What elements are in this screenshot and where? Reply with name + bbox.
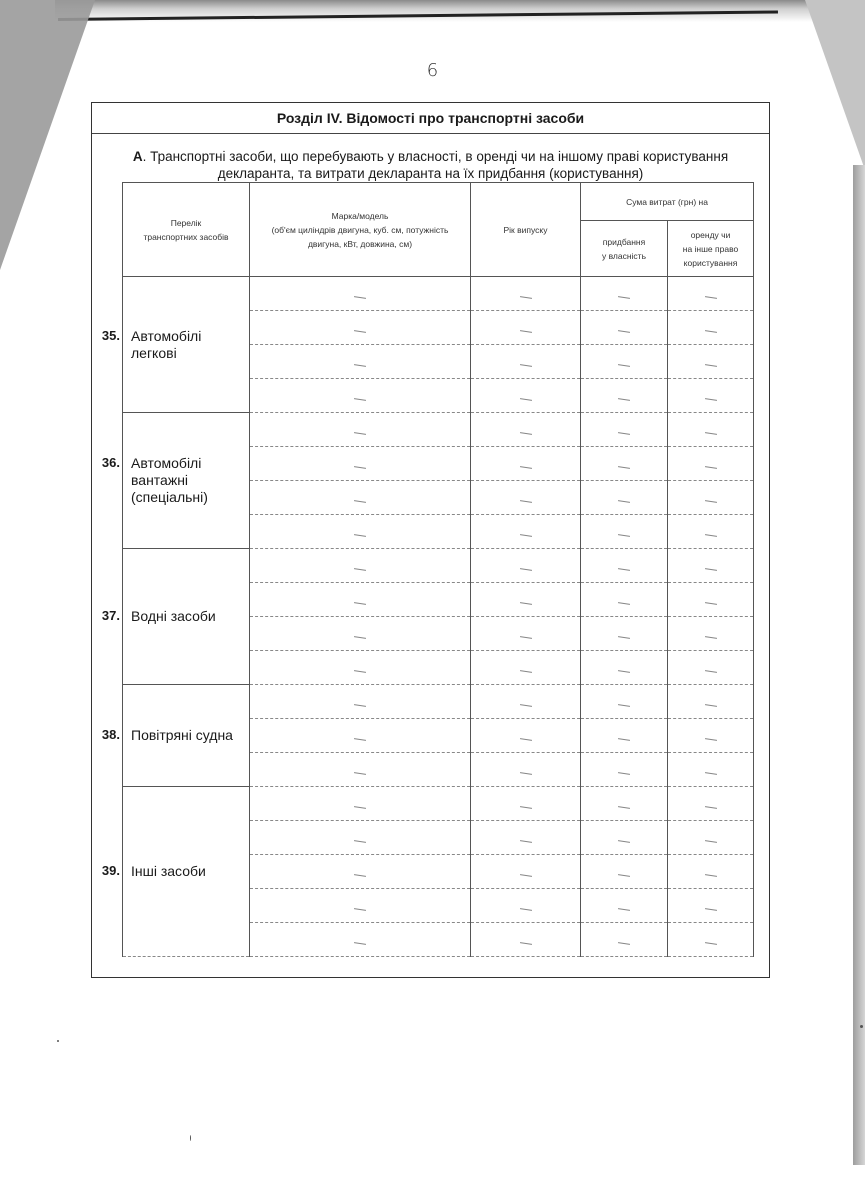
year-cell <box>471 855 581 889</box>
year-cell <box>471 651 581 685</box>
dash-mark <box>519 398 531 401</box>
rent-cell <box>668 889 754 923</box>
rent-cell <box>668 481 754 515</box>
dash-mark <box>519 806 531 809</box>
dash-mark <box>618 670 630 673</box>
dash-mark <box>704 908 716 911</box>
dash-mark <box>354 500 366 503</box>
rent-cell <box>668 447 754 481</box>
dash-mark <box>354 398 366 401</box>
dash-mark <box>618 908 630 911</box>
dash-mark <box>519 942 531 945</box>
header-expenses: Сума витрат (грн) на <box>581 183 754 221</box>
year-cell <box>471 617 581 651</box>
dash-mark <box>519 772 531 775</box>
dash-mark <box>618 330 630 333</box>
model-cell <box>250 685 471 719</box>
purchase-cell <box>581 651 668 685</box>
purchase-cell <box>581 923 668 957</box>
year-cell <box>471 923 581 957</box>
table-row: 38.Повітряні судна <box>123 685 754 719</box>
model-cell <box>250 923 471 957</box>
category-cell: 38.Повітряні судна <box>123 685 250 787</box>
dash-mark <box>704 296 716 299</box>
dash-mark <box>519 636 531 639</box>
dash-mark <box>519 364 531 367</box>
model-cell <box>250 583 471 617</box>
rent-cell <box>668 685 754 719</box>
table-row: 37.Водні засоби <box>123 549 754 583</box>
purchase-cell <box>581 583 668 617</box>
category-number: 37. <box>90 608 120 623</box>
dash-mark <box>704 840 716 843</box>
model-cell <box>250 651 471 685</box>
category-cell: 39.Інші засоби <box>123 787 250 957</box>
year-cell <box>471 685 581 719</box>
dash-mark <box>354 670 366 673</box>
model-cell <box>250 549 471 583</box>
dash-mark <box>519 534 531 537</box>
year-cell <box>471 447 581 481</box>
rent-cell <box>668 651 754 685</box>
dash-mark <box>519 840 531 843</box>
dash-mark <box>618 772 630 775</box>
dash-mark <box>354 942 366 945</box>
dash-mark <box>704 806 716 809</box>
rent-cell <box>668 753 754 787</box>
rent-cell <box>668 855 754 889</box>
year-cell <box>471 345 581 379</box>
header-purchase: придбання у власність <box>581 221 668 277</box>
dash-mark <box>354 330 366 333</box>
dash-mark <box>618 704 630 707</box>
model-cell <box>250 481 471 515</box>
dash-mark <box>618 432 630 435</box>
scan-edge-right <box>853 165 865 1165</box>
rent-cell <box>668 311 754 345</box>
purchase-cell <box>581 515 668 549</box>
dash-mark <box>618 568 630 571</box>
dash-mark <box>354 908 366 911</box>
dash-mark <box>519 738 531 741</box>
model-cell <box>250 889 471 923</box>
rent-cell <box>668 413 754 447</box>
scan-speck <box>860 1025 863 1028</box>
rent-cell <box>668 583 754 617</box>
dash-mark <box>354 568 366 571</box>
dash-mark <box>354 806 366 809</box>
dash-mark <box>618 874 630 877</box>
model-cell <box>250 515 471 549</box>
dash-mark <box>354 840 366 843</box>
dash-mark <box>704 772 716 775</box>
dash-mark <box>618 602 630 605</box>
dash-mark <box>354 738 366 741</box>
model-cell <box>250 821 471 855</box>
dash-mark <box>704 670 716 673</box>
dash-mark <box>704 500 716 503</box>
rent-cell <box>668 379 754 413</box>
model-cell <box>250 753 471 787</box>
category-label: Інші засоби <box>123 863 249 880</box>
category-cell: 37.Водні засоби <box>123 549 250 685</box>
year-cell <box>471 583 581 617</box>
dash-mark <box>354 534 366 537</box>
scan-speck <box>190 1135 191 1141</box>
table-row: 39.Інші засоби <box>123 787 754 821</box>
subsection-letter: А <box>133 149 143 164</box>
rent-cell <box>668 617 754 651</box>
dash-mark <box>618 942 630 945</box>
scan-shadow-right <box>805 0 865 170</box>
dash-mark <box>354 602 366 605</box>
subsection-text-1: . Транспортні засоби, що перебувають у в… <box>143 149 729 164</box>
year-cell <box>471 753 581 787</box>
model-cell <box>250 855 471 889</box>
year-cell <box>471 277 581 311</box>
year-cell <box>471 481 581 515</box>
vehicles-table: Перелік транспортних засобів Марка/модел… <box>122 182 754 957</box>
model-cell <box>250 277 471 311</box>
dash-mark <box>519 602 531 605</box>
year-cell <box>471 821 581 855</box>
subsection-text-2: декларанта, та витрати декларанта на їх … <box>92 165 769 182</box>
category-label: Водні засоби <box>123 608 249 625</box>
dash-mark <box>618 466 630 469</box>
year-cell <box>471 889 581 923</box>
purchase-cell <box>581 379 668 413</box>
rent-cell <box>668 923 754 957</box>
dash-mark <box>519 432 531 435</box>
dash-mark <box>354 296 366 299</box>
rent-cell <box>668 515 754 549</box>
dash-mark <box>618 636 630 639</box>
year-cell <box>471 379 581 413</box>
table-row: 35.Автомобілілегкові <box>123 277 754 311</box>
dash-mark <box>618 806 630 809</box>
header-rent: оренду чи на інше право користування <box>668 221 754 277</box>
dash-mark <box>618 296 630 299</box>
purchase-cell <box>581 311 668 345</box>
dash-mark <box>354 364 366 367</box>
rent-cell <box>668 549 754 583</box>
dash-mark <box>354 466 366 469</box>
dash-mark <box>519 908 531 911</box>
dash-mark <box>519 330 531 333</box>
model-cell <box>250 379 471 413</box>
dash-mark <box>618 500 630 503</box>
dash-mark <box>704 704 716 707</box>
year-cell <box>471 719 581 753</box>
model-cell <box>250 447 471 481</box>
page-number: 6 <box>0 60 865 81</box>
purchase-cell <box>581 889 668 923</box>
purchase-cell <box>581 345 668 379</box>
dash-mark <box>354 772 366 775</box>
dash-mark <box>704 942 716 945</box>
dash-mark <box>519 466 531 469</box>
dash-mark <box>704 398 716 401</box>
model-cell <box>250 719 471 753</box>
model-cell <box>250 345 471 379</box>
dash-mark <box>704 636 716 639</box>
purchase-cell <box>581 855 668 889</box>
category-number: 36. <box>90 455 120 470</box>
model-cell <box>250 413 471 447</box>
purchase-cell <box>581 447 668 481</box>
model-cell <box>250 617 471 651</box>
category-number: 39. <box>90 863 120 878</box>
year-cell <box>471 413 581 447</box>
dash-mark <box>704 432 716 435</box>
dash-mark <box>618 534 630 537</box>
scan-shadow-left <box>0 0 95 270</box>
dash-mark <box>519 500 531 503</box>
dash-mark <box>704 466 716 469</box>
dash-mark <box>704 874 716 877</box>
year-cell <box>471 549 581 583</box>
dash-mark <box>519 296 531 299</box>
rent-cell <box>668 719 754 753</box>
section-title: Розділ IV. Відомості про транспортні зас… <box>92 103 769 134</box>
dash-mark <box>704 364 716 367</box>
dash-mark <box>354 704 366 707</box>
purchase-cell <box>581 787 668 821</box>
purchase-cell <box>581 685 668 719</box>
category-label: Автомобілілегкові <box>123 328 249 362</box>
dash-mark <box>354 432 366 435</box>
header-year: Рік випуску <box>471 183 581 277</box>
model-cell <box>250 787 471 821</box>
category-cell: 36.Автомобілівантажні(спеціальні) <box>123 413 250 549</box>
section-frame: Розділ IV. Відомості про транспортні зас… <box>91 102 770 978</box>
dash-mark <box>618 398 630 401</box>
model-cell <box>250 311 471 345</box>
rent-cell <box>668 787 754 821</box>
table-row: 36.Автомобілівантажні(спеціальні) <box>123 413 754 447</box>
dash-mark <box>519 704 531 707</box>
dash-mark <box>704 568 716 571</box>
purchase-cell <box>581 549 668 583</box>
dash-mark <box>704 534 716 537</box>
purchase-cell <box>581 277 668 311</box>
rent-cell <box>668 277 754 311</box>
year-cell <box>471 515 581 549</box>
year-cell <box>471 787 581 821</box>
subsection-heading: А. Транспортні засоби, що перебувають у … <box>92 148 769 182</box>
year-cell <box>471 311 581 345</box>
purchase-cell <box>581 753 668 787</box>
dash-mark <box>519 568 531 571</box>
dash-mark <box>519 874 531 877</box>
dash-mark <box>519 670 531 673</box>
category-cell: 35.Автомобілілегкові <box>123 277 250 413</box>
dash-mark <box>618 364 630 367</box>
purchase-cell <box>581 413 668 447</box>
dash-mark <box>704 602 716 605</box>
category-label: Повітряні судна <box>123 727 249 744</box>
rent-cell <box>668 345 754 379</box>
dash-mark <box>704 330 716 333</box>
dash-mark <box>354 636 366 639</box>
purchase-cell <box>581 481 668 515</box>
purchase-cell <box>581 821 668 855</box>
purchase-cell <box>581 617 668 651</box>
header-model: Марка/модель (об'єм циліндрів двигуна, к… <box>250 183 471 277</box>
header-list: Перелік транспортних засобів <box>123 183 250 277</box>
category-number: 38. <box>90 727 120 742</box>
category-number: 35. <box>90 328 120 343</box>
dash-mark <box>618 738 630 741</box>
dash-mark <box>354 874 366 877</box>
category-label: Автомобілівантажні(спеціальні) <box>123 455 249 506</box>
scan-speck <box>57 1040 59 1042</box>
rent-cell <box>668 821 754 855</box>
dash-mark <box>704 738 716 741</box>
purchase-cell <box>581 719 668 753</box>
dash-mark <box>618 840 630 843</box>
